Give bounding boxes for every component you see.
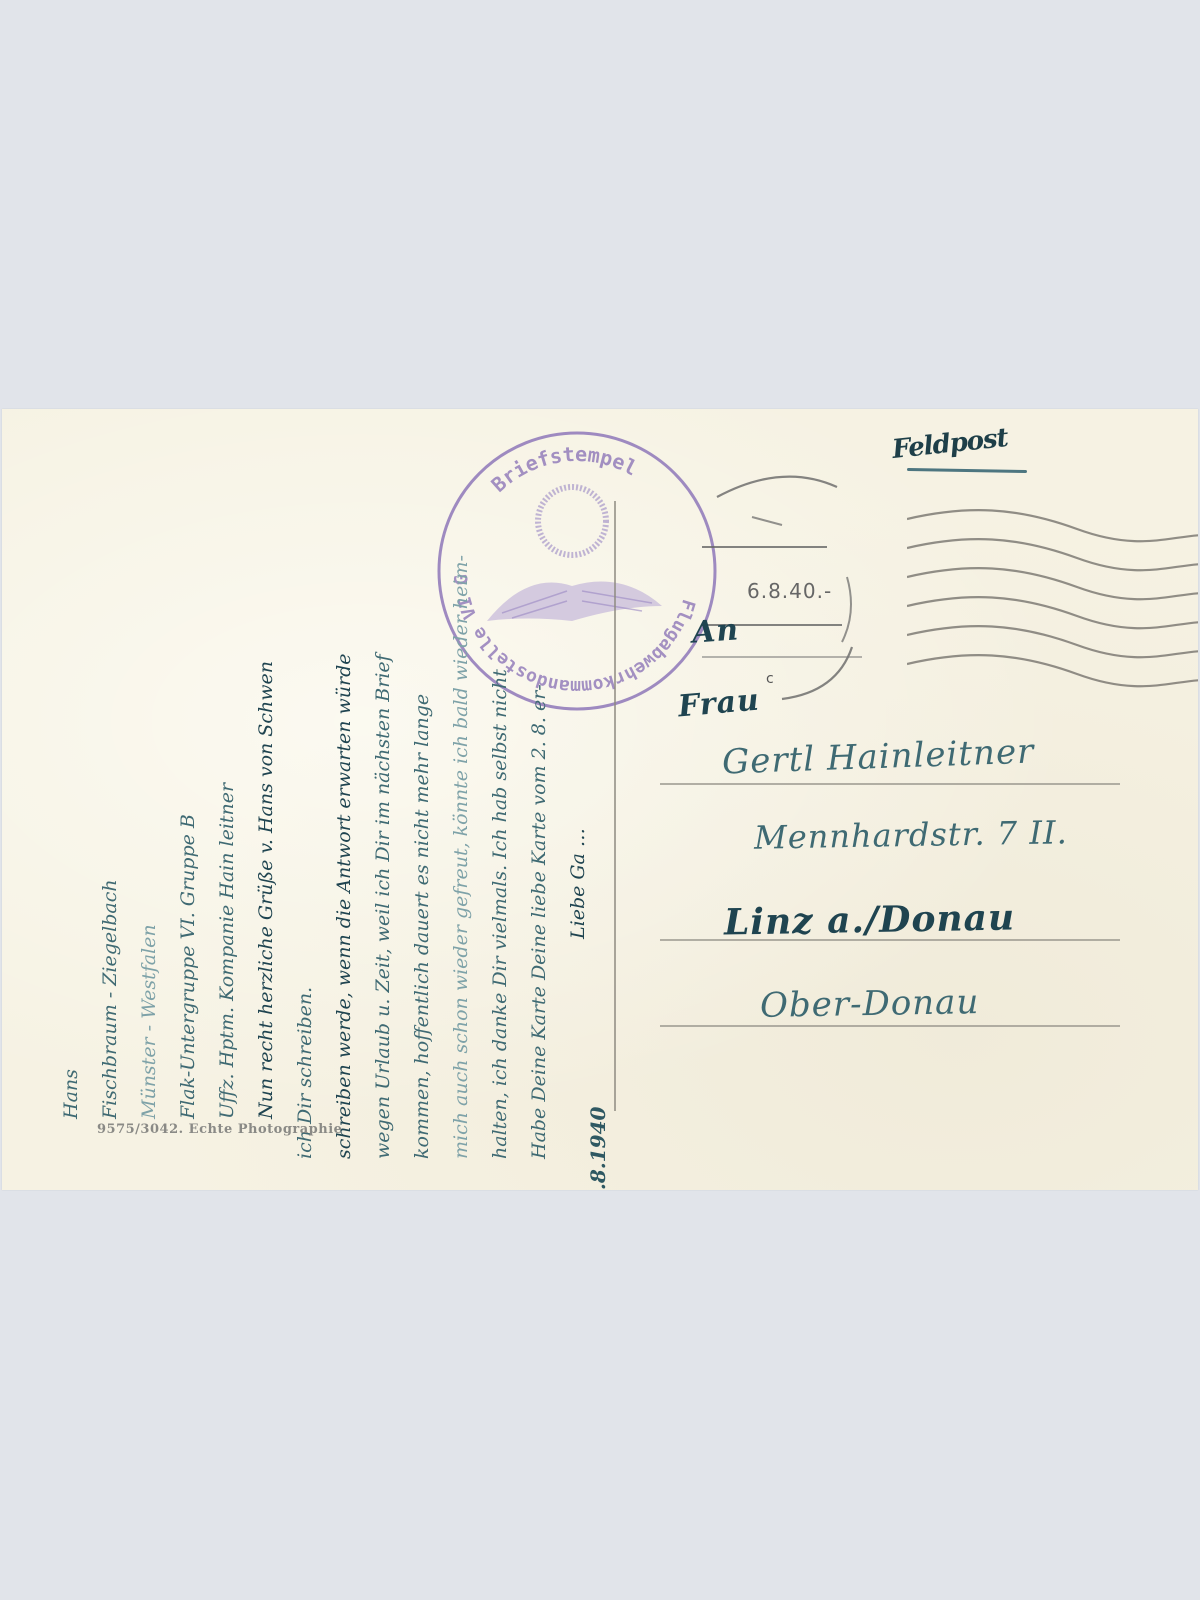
cancellation-wave <box>907 539 1198 570</box>
cancellation-wave <box>907 626 1198 657</box>
letter-line: Uffz. Hptm. Kompanie Hain leitner <box>216 783 238 1119</box>
feldpost-underline <box>907 468 1027 473</box>
cancellation-wave <box>907 510 1198 541</box>
letter-line: Fischbraum - Ziegelbach <box>99 879 121 1119</box>
wavy-cancellation-icon <box>907 499 1198 699</box>
feldpost-mark: Feldpost <box>891 423 1009 465</box>
address-line-3 <box>660 1025 1120 1027</box>
address-salutation: An <box>691 612 740 650</box>
message-address-divider <box>614 501 616 1111</box>
postmark-date: 6.8.40.- <box>747 579 832 603</box>
letter-line: Münster - Westfalen <box>138 924 160 1119</box>
letter-line: schreiben werde, wenn die Antwort erwart… <box>333 653 355 1159</box>
cancellation-wave <box>907 597 1198 628</box>
handwritten-message: Liebe Ga …Habe Deine Karte Deine liebe K… <box>22 439 602 1179</box>
letter-line: Liebe Ga … <box>567 828 589 939</box>
letter-line: Hans <box>60 1069 82 1119</box>
letter-line: Habe Deine Karte Deine liebe Karte vom 2… <box>528 684 550 1159</box>
address-line-1 <box>660 783 1120 785</box>
address-region: Ober-Donau <box>760 982 980 1026</box>
postmark-letter: c <box>766 671 774 687</box>
address-street: Mennhardstr. 7 II. <box>754 813 1068 856</box>
address-title: Frau <box>677 683 762 725</box>
cancellation-wave <box>907 568 1198 599</box>
letter-line: wegen Urlaub u. Zeit, weil ich Dir im nä… <box>372 654 394 1159</box>
letter-date: 5.8.1940 <box>586 1107 610 1190</box>
letter-line: Flak-Untergruppe VI. Gruppe B <box>177 814 199 1119</box>
letter-line: Nun recht herzliche Grüße v. Hans von Sc… <box>255 661 277 1119</box>
letter-line: halten, ich danke Dir vielmals. Ich hab … <box>489 669 511 1159</box>
address-city: Linz a./Donau <box>724 896 1016 943</box>
letter-line: mich auch schon wieder gefreut, könnte i… <box>450 555 472 1159</box>
letter-line: kommen, hoffentlich dauert es nicht mehr… <box>411 694 433 1159</box>
cancellation-wave <box>907 655 1198 686</box>
publisher-imprint: 9575/3042. Echte Photographie <box>97 1122 342 1137</box>
address-line-2 <box>660 939 1120 941</box>
address-name: Gertl Hainleitner <box>721 732 1035 783</box>
postcard: Briefstempel Flugabwehrkommandostelle VI… <box>2 409 1198 1190</box>
